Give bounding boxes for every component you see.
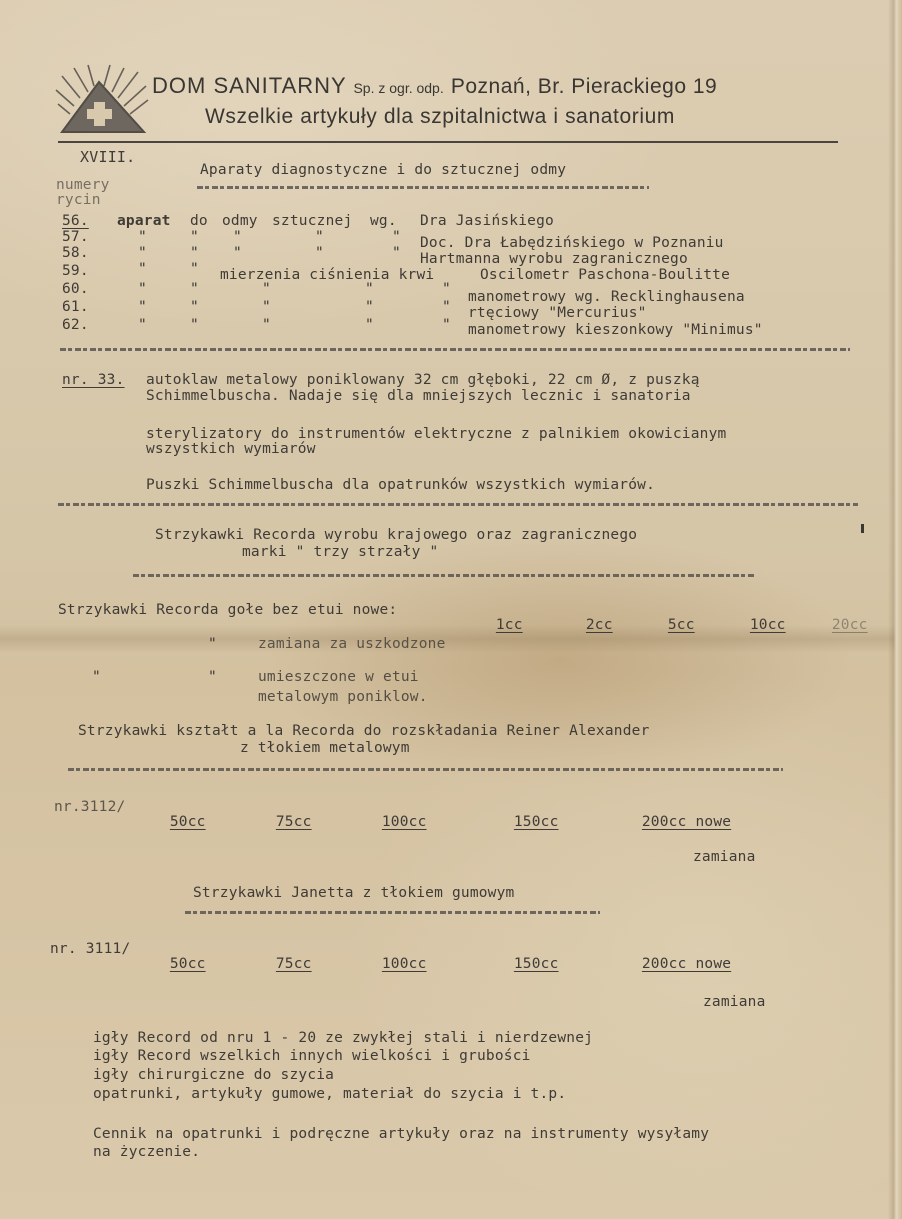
legal-form: Sp. z ogr. odp. bbox=[353, 80, 443, 96]
apparatus-description: manometrowy wg. Recklinghausena bbox=[468, 290, 745, 305]
record-size-list: 1cc2cc5cc10cc20cc bbox=[478, 603, 868, 633]
figure-number: 60. bbox=[62, 282, 89, 297]
catalog-ref-3111: nr. 3111/ bbox=[50, 942, 130, 957]
ditto-mark: " bbox=[92, 670, 101, 685]
ditto-mark: " bbox=[190, 282, 199, 297]
ditto-mark: " bbox=[442, 300, 451, 315]
size-list-3111: 50cc75cc100cc150cc200cc nowe bbox=[152, 942, 731, 972]
reiner-heading-line-2: z tłokiem metalowym bbox=[240, 741, 410, 756]
size-option: 100cc bbox=[382, 957, 514, 972]
company-address: Poznań, Br. Pierackiego 19 bbox=[451, 75, 717, 98]
ditto-mark: " bbox=[262, 300, 271, 315]
size-option: 2cc bbox=[586, 618, 668, 633]
section-number: XVIII. bbox=[80, 150, 135, 165]
heading-underline bbox=[185, 911, 600, 914]
ditto-mark: " bbox=[442, 318, 451, 333]
ditto-mark: " bbox=[365, 318, 374, 333]
ditto-mark: " bbox=[262, 318, 271, 333]
apparatus-word: aparat bbox=[117, 214, 171, 229]
list-item: igły chirurgiczne do szycia bbox=[93, 1068, 334, 1083]
janetta-heading: Strzykawki Janetta z tłokiem gumowym bbox=[193, 886, 514, 901]
company-line: DOM SANITARNY Sp. z ogr. odp. Poznań, Br… bbox=[152, 73, 717, 99]
size-option: 20cc bbox=[832, 618, 868, 633]
ditto-mark: " bbox=[315, 246, 324, 261]
apparatus-word: mierzenia ciśnienia krwi bbox=[220, 268, 434, 283]
ditto-mark: " bbox=[392, 230, 401, 245]
section-divider bbox=[60, 348, 850, 351]
size-option: 10cc bbox=[750, 618, 832, 633]
exchange-note-3111: zamiana bbox=[703, 995, 766, 1010]
figure-number: 56. bbox=[62, 214, 89, 229]
apparatus-description: rtęciowy "Mercurius" bbox=[468, 306, 647, 321]
apparatus-description: manometrowy kieszonkowy "Minimus" bbox=[468, 323, 763, 338]
list-item: igły Record od nru 1 - 20 ze zwykłej sta… bbox=[93, 1031, 593, 1046]
company-name: DOM SANITARNY bbox=[152, 73, 346, 98]
size-option: 75cc bbox=[276, 815, 382, 830]
size-option: 1cc bbox=[496, 618, 586, 633]
price-list-note-line-1: Cennik na opatrunki i podręczne artykuły… bbox=[93, 1127, 709, 1142]
company-tagline: Wszelkie artykuły dla szpitalnictwa i sa… bbox=[205, 105, 675, 129]
size-option: 200cc nowe bbox=[642, 957, 731, 972]
ditto-mark: " bbox=[138, 282, 147, 297]
size-option: 50cc bbox=[170, 957, 276, 972]
ditto-mark: " bbox=[315, 230, 324, 245]
apparatus-word: do bbox=[190, 214, 208, 229]
autoclave-ref: nr. 33. bbox=[62, 373, 125, 388]
apparatus-word: sztucznej bbox=[272, 214, 352, 229]
autoclave-line-2: Schimmelbuscha. Nadaje się dla mniejszyc… bbox=[146, 389, 691, 404]
size-option: 150cc bbox=[514, 957, 642, 972]
apparatus-description: Hartmanna wyrobu zagranicznego bbox=[420, 252, 688, 267]
ditto-mark: " bbox=[138, 318, 147, 333]
section-title: Aparaty diagnostyczne i do sztucznej odm… bbox=[200, 163, 566, 178]
exchange-note-3112: zamiana bbox=[693, 850, 756, 865]
ditto-mark: " bbox=[233, 230, 242, 245]
ditto-mark: " bbox=[208, 637, 217, 652]
record-heading-line-1: Strzykawki Recorda wyrobu krajowego oraz… bbox=[155, 528, 637, 543]
figure-number: 61. bbox=[62, 300, 89, 315]
ditto-mark: " bbox=[190, 262, 199, 277]
margin-mark bbox=[861, 524, 864, 533]
schimmelbusch-boxes: Puszki Schimmelbuscha dla opatrunków wsz… bbox=[146, 478, 655, 493]
size-option: 5cc bbox=[668, 618, 750, 633]
size-option: 200cc nowe bbox=[642, 815, 731, 830]
heading-underline bbox=[68, 768, 783, 771]
list-item: opatrunki, artykuły gumowe, materiał do … bbox=[93, 1087, 566, 1102]
price-list-note-line-2: na życzenie. bbox=[93, 1145, 200, 1160]
apparatus-description: Oscilometr Paschona-Boulitte bbox=[480, 268, 730, 283]
ditto-mark: " bbox=[138, 262, 147, 277]
catalog-ref-3112: nr.3112/ bbox=[54, 800, 125, 815]
section-divider bbox=[58, 503, 858, 506]
ditto-mark: " bbox=[442, 282, 451, 297]
ditto-mark: " bbox=[208, 670, 217, 685]
ditto-mark: " bbox=[365, 300, 374, 315]
ditto-mark: " bbox=[190, 318, 199, 333]
ditto-mark: " bbox=[190, 246, 199, 261]
figure-number: 58. bbox=[62, 246, 89, 261]
apparatus-description: Doc. Dra Łabędzińskiego w Poznaniu bbox=[420, 236, 724, 251]
title-underline bbox=[197, 186, 649, 189]
figure-number: 57. bbox=[62, 230, 89, 245]
size-option: 50cc bbox=[170, 815, 276, 830]
size-option: 150cc bbox=[514, 815, 642, 830]
ditto-mark: " bbox=[392, 246, 401, 261]
apparatus-word: wg. bbox=[370, 214, 397, 229]
exchange-label: zamiana za uszkodzone bbox=[258, 637, 446, 652]
size-list-3112: 50cc75cc100cc150cc200cc nowe bbox=[152, 800, 731, 830]
sterilizers-line-2: wszystkich wymiarów bbox=[146, 442, 316, 457]
size-option: 75cc bbox=[276, 957, 382, 972]
triangle-red-cross-sunburst-icon bbox=[52, 62, 152, 136]
reiner-heading-line-1: Strzykawki kształt a la Recorda do rozsk… bbox=[78, 724, 650, 739]
record-heading-line-2: marki " trzy strzały " bbox=[242, 545, 438, 560]
ditto-mark: " bbox=[138, 230, 147, 245]
heading-underline bbox=[133, 574, 755, 577]
autoclave-line-1: autoklaw metalowy poniklowany 32 cm głęb… bbox=[146, 373, 700, 388]
column-label-figures: rycin bbox=[56, 193, 101, 208]
ditto-mark: " bbox=[138, 246, 147, 261]
ditto-mark: " bbox=[262, 282, 271, 297]
ditto-mark: " bbox=[190, 230, 199, 245]
ditto-mark: " bbox=[190, 300, 199, 315]
case-line-1: umieszczone w etui bbox=[258, 670, 419, 685]
figure-number: 62. bbox=[62, 318, 89, 333]
list-item: igły Record wszelkich innych wielkości i… bbox=[93, 1049, 531, 1064]
ditto-mark: " bbox=[138, 300, 147, 315]
figure-number: 59. bbox=[62, 264, 89, 279]
page-edge bbox=[888, 0, 902, 1219]
ditto-mark: " bbox=[365, 282, 374, 297]
record-syringes-label: Strzykawki Recorda gołe bez etui nowe: bbox=[58, 603, 397, 618]
column-label-numbers: numery bbox=[56, 178, 110, 193]
letterhead-rule bbox=[58, 141, 838, 143]
case-line-2: metalowym poniklow. bbox=[258, 690, 428, 705]
size-option: 100cc bbox=[382, 815, 514, 830]
sterilizers-line-1: sterylizatory do instrumentów elektryczn… bbox=[146, 427, 726, 442]
apparatus-word: odmy bbox=[222, 214, 258, 229]
apparatus-description: Dra Jasińskiego bbox=[420, 214, 554, 229]
ditto-mark: " bbox=[233, 246, 242, 261]
